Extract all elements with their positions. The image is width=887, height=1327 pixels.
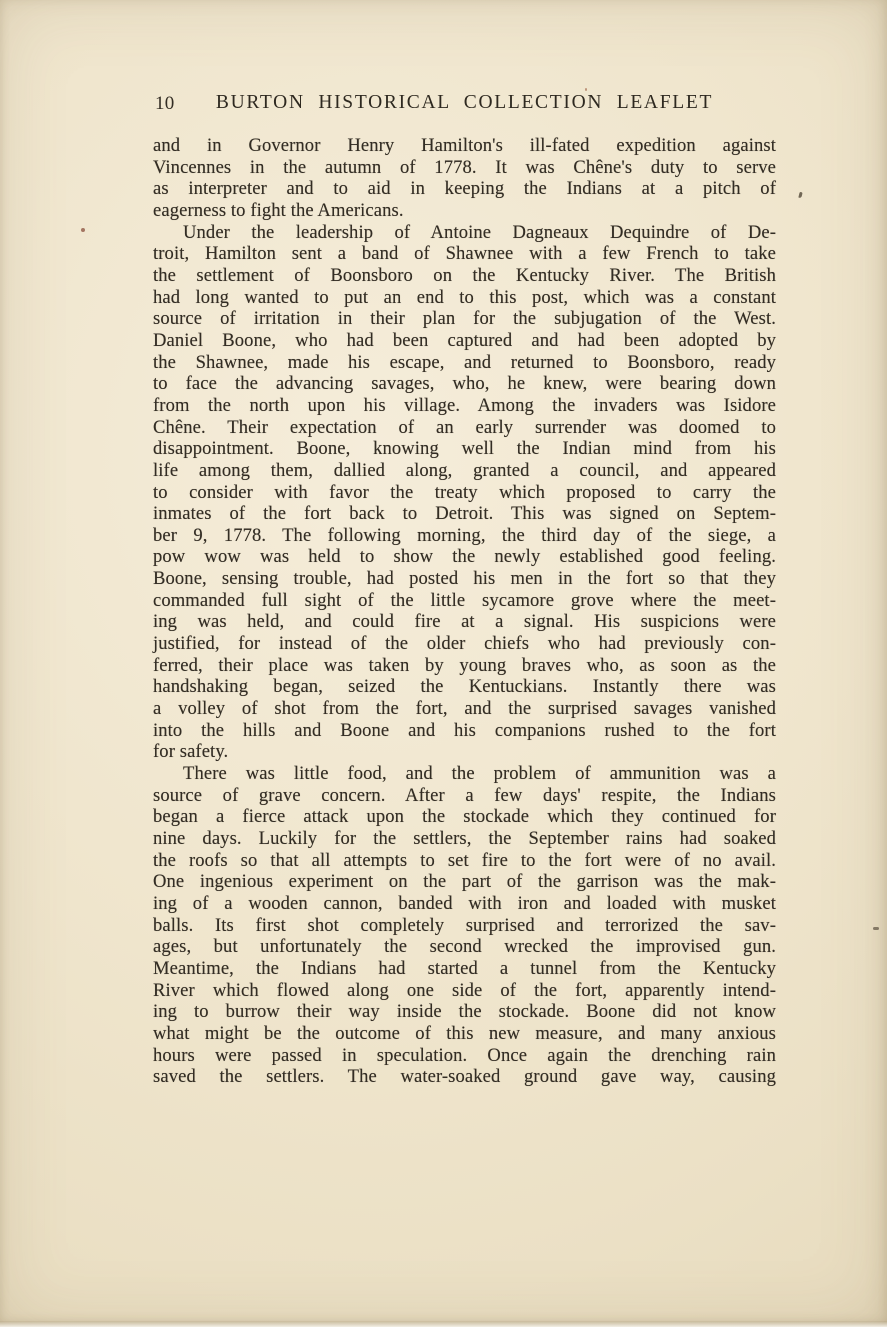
body-text: and in Governor Henry Hamilton's ill-fat… (153, 135, 776, 1088)
text-line: Daniel Boone, who had been captured and … (153, 330, 776, 352)
text-line: Vincennes in the autumn of 1778. It was … (153, 157, 776, 179)
text-line: what might be the outcome of this new me… (153, 1023, 776, 1045)
text-line: eagerness to fight the Americans. (153, 200, 776, 222)
text-line: Boone, sensing trouble, had posted his m… (153, 568, 776, 590)
text-line: ing was held, and could fire at a signal… (153, 611, 776, 633)
text-line: balls. Its first shot completely surpris… (153, 915, 776, 937)
text-line: source of irritation in their plan for t… (153, 308, 776, 330)
text-line: a volley of shot from the fort, and the … (153, 698, 776, 720)
text-line: to face the advancing savages, who, he k… (153, 373, 776, 395)
text-line: ber 9, 1778. The following morning, the … (153, 525, 776, 547)
page-header: 10 BURTON HISTORICAL COLLECTION LEAFLET (153, 92, 776, 118)
text-line: nine days. Luckily for the settlers, the… (153, 828, 776, 850)
text-line: disappointment. Boone, knowing well the … (153, 438, 776, 460)
page-bottom-edge (0, 1321, 887, 1327)
text-line: as interpreter and to aid in keeping the… (153, 178, 776, 200)
text-line: into the hills and Boone and his compani… (153, 720, 776, 742)
text-line: justified, for instead of the older chie… (153, 633, 776, 655)
text-line: the roofs so that all attempts to set fi… (153, 850, 776, 872)
running-title: BURTON HISTORICAL COLLECTION LEAFLET (216, 92, 713, 114)
text-line: for safety. (153, 741, 776, 763)
text-line: One ingenious experiment on the part of … (153, 871, 776, 893)
paper-speck (873, 927, 879, 930)
text-line: Chêne. Their expectation of an early sur… (153, 417, 776, 439)
text-line: hours were passed in speculation. Once a… (153, 1045, 776, 1067)
text-line: There was little food, and the problem o… (153, 763, 776, 785)
paper-speck (798, 192, 802, 199)
text-line: from the north upon his village. Among t… (153, 395, 776, 417)
text-line: to consider with favor the treaty which … (153, 482, 776, 504)
text-line: pow wow was held to show the newly estab… (153, 546, 776, 568)
text-line: the Shawnee, made his escape, and return… (153, 352, 776, 374)
text-line: Under the leadership of Antoine Dagneaux… (153, 222, 776, 244)
text-line: and in Governor Henry Hamilton's ill-fat… (153, 135, 776, 157)
paper-speck (81, 228, 85, 232)
page-number: 10 (155, 93, 175, 115)
text-line: troit, Hamilton sent a band of Shawnee w… (153, 243, 776, 265)
text-line: Meantime, the Indians had started a tunn… (153, 958, 776, 980)
text-line: inmates of the fort back to Detroit. Thi… (153, 503, 776, 525)
text-line: source of grave concern. After a few day… (153, 785, 776, 807)
text-line: River which flowed along one side of the… (153, 980, 776, 1002)
paper-speck (585, 88, 587, 91)
text-line: ing to burrow their way inside the stock… (153, 1001, 776, 1023)
text-line: handshaking began, seized the Kentuckian… (153, 676, 776, 698)
text-line: ages, but unfortunately the second wreck… (153, 936, 776, 958)
text-line: life among them, dallied along, granted … (153, 460, 776, 482)
book-page: 10 BURTON HISTORICAL COLLECTION LEAFLET … (0, 0, 887, 1327)
text-line: had long wanted to put an end to this po… (153, 287, 776, 309)
text-line: ferred, their place was taken by young b… (153, 655, 776, 677)
text-line: began a fierce attack upon the stockade … (153, 806, 776, 828)
text-line: saved the settlers. The water-soaked gro… (153, 1066, 776, 1088)
text-line: commanded full sight of the little sycam… (153, 590, 776, 612)
text-line: the settlement of Boonsboro on the Kentu… (153, 265, 776, 287)
text-line: ing of a wooden cannon, banded with iron… (153, 893, 776, 915)
